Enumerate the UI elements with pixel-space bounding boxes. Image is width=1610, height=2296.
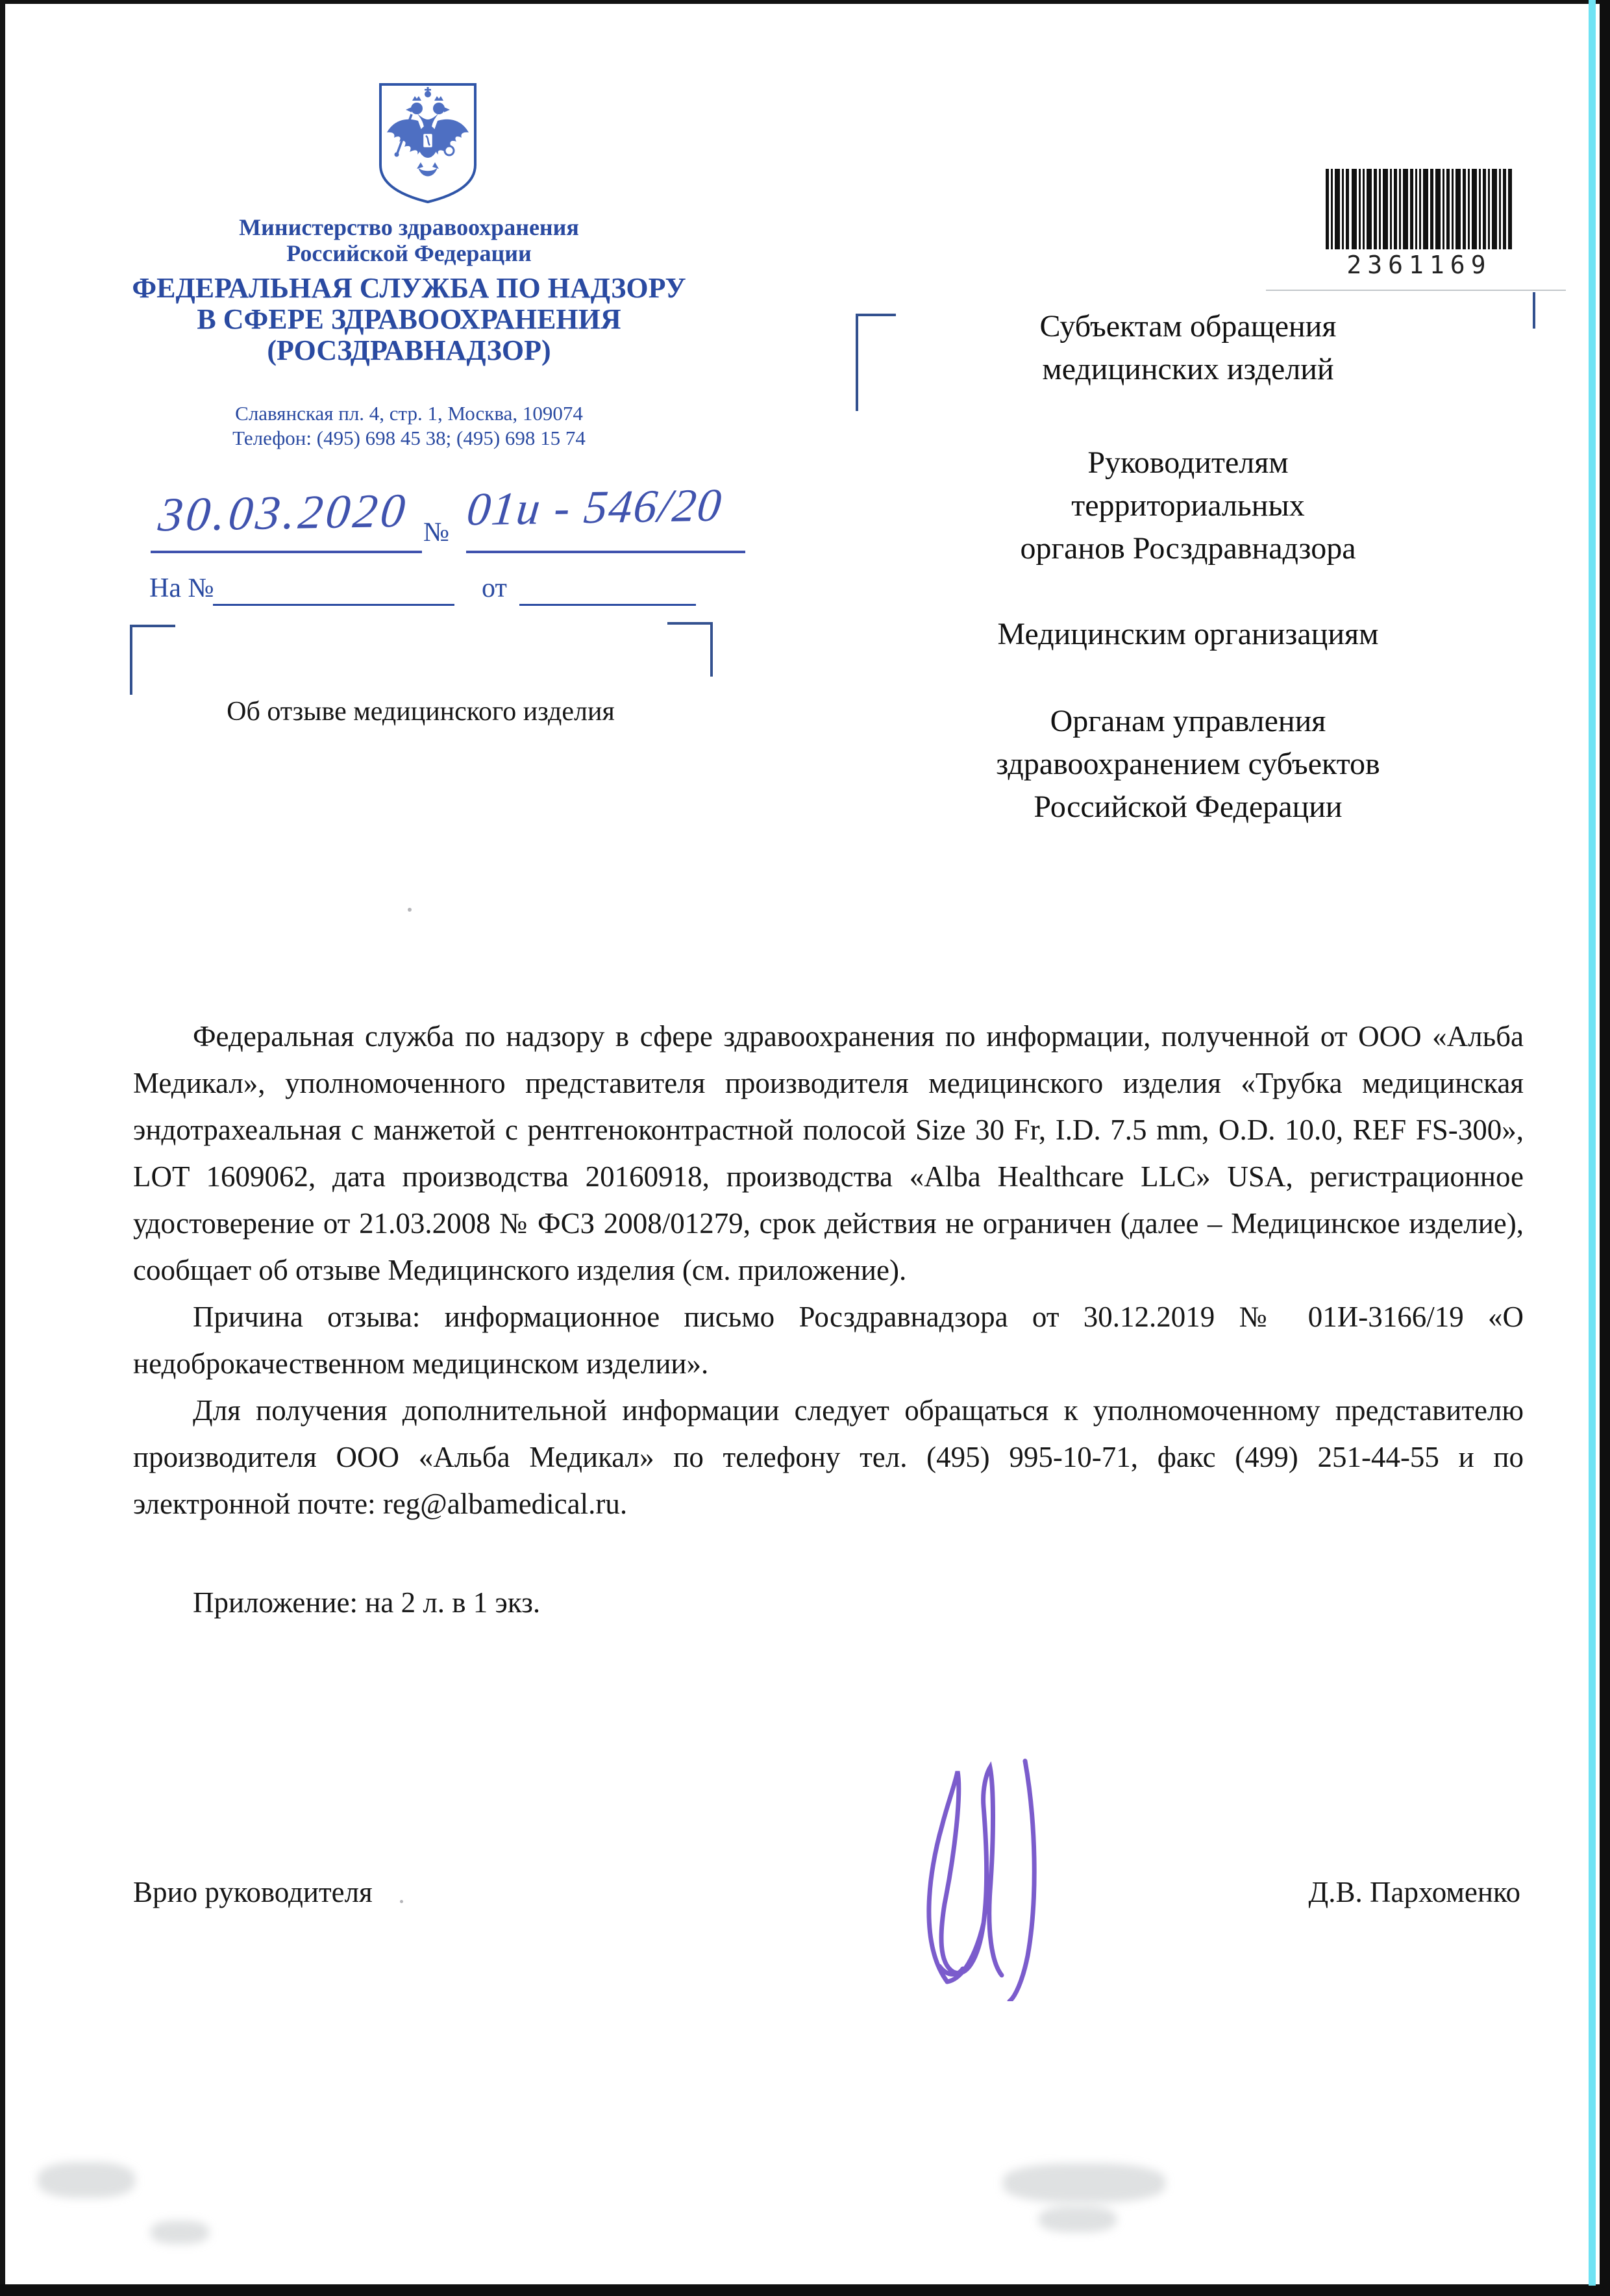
scan-edge-top: [0, 0, 1610, 4]
reply-number-blank: [213, 604, 454, 606]
service-line3: (РОСЗДРАВНАДЗОР): [91, 335, 727, 366]
phone-line: Телефон: (495) 698 45 38; (495) 698 15 7…: [91, 426, 727, 451]
attachment-note: Приложение: на 2 л. в 1 экз.: [133, 1579, 1524, 1626]
handwritten-number: 01и - 546/20: [464, 479, 725, 537]
scan-smudge: [38, 2162, 135, 2198]
handwritten-date: 30.03.2020: [156, 484, 411, 543]
subject-line: Об отзыве медицинского изделия: [186, 696, 656, 727]
letter-body: Федеральная служба по надзору в сфере зд…: [133, 1013, 1524, 1626]
signer-name: Д.В. Пархоменко: [1309, 1875, 1520, 1909]
barcode-icon: [1326, 169, 1513, 249]
ministry-line1: Министерство здравоохранения: [91, 214, 727, 240]
coat-of-arms-emblem: [375, 81, 480, 206]
scan-smudge: [1039, 2206, 1117, 2232]
signature-icon: [880, 1748, 1094, 2001]
service-line2: В СФЕРЕ ЗДРАВООХРАНЕНИЯ: [91, 304, 727, 335]
recipient-group-1: Субъектам обращения медицинских изделий: [863, 305, 1513, 391]
contact-block: Славянская пл. 4, стр. 1, Москва, 109074…: [91, 401, 727, 451]
body-paragraph-3: Для получения дополнительной информации …: [133, 1387, 1524, 1527]
address-line: Славянская пл. 4, стр. 1, Москва, 109074: [91, 401, 727, 426]
scan-dot: [400, 1900, 403, 1903]
reply-to-label: На №: [149, 573, 214, 604]
reply-from-label: от: [482, 573, 507, 604]
scan-edge-left: [0, 0, 5, 2296]
scan-edge-bottom: [0, 2284, 1610, 2296]
recipient-group-4: Органам управления здравоохранением субъ…: [863, 700, 1513, 829]
scan-edge-right: [1600, 0, 1610, 2296]
scan-smudge: [1003, 2164, 1165, 2202]
double-headed-eagle-icon: [387, 87, 469, 177]
signer-position: Врио руководителя: [133, 1875, 373, 1909]
number-underline: [466, 551, 745, 553]
recipient-group-3: Медицинским организациям: [863, 613, 1513, 656]
corner-mark-subject-right: [667, 622, 713, 677]
body-paragraph-1: Федеральная служба по надзору в сфере зд…: [133, 1013, 1524, 1293]
scan-smudge: [151, 2221, 209, 2244]
date-underline: [151, 551, 422, 553]
recipient-group-2: Руководителям территориальных органов Ро…: [863, 442, 1513, 570]
ministry-line2: Российской Федерации: [91, 240, 727, 266]
corner-mark-subject-left: [130, 625, 175, 695]
service-name: ФЕДЕРАЛЬНАЯ СЛУЖБА ПО НАДЗОРУ В СФЕРЕ ЗД…: [91, 273, 727, 366]
barcode-number: 2361169: [1322, 251, 1517, 279]
number-sign: №: [423, 517, 449, 548]
scan-cyan-stripe: [1589, 0, 1596, 2286]
ministry-name: Министерство здравоохранения Российской …: [91, 214, 727, 266]
corner-mark-address-zone: [1533, 292, 1535, 329]
service-line1: ФЕДЕРАЛЬНАЯ СЛУЖБА ПО НАДЗОРУ: [91, 273, 727, 304]
scan-fold-line: [1266, 290, 1566, 291]
document-page: Министерство здравоохранения Российской …: [0, 0, 1610, 2296]
body-paragraph-2: Причина отзыва: информационное письмо Ро…: [133, 1293, 1524, 1387]
scan-dot: [408, 908, 412, 912]
reply-date-blank: [519, 604, 696, 606]
